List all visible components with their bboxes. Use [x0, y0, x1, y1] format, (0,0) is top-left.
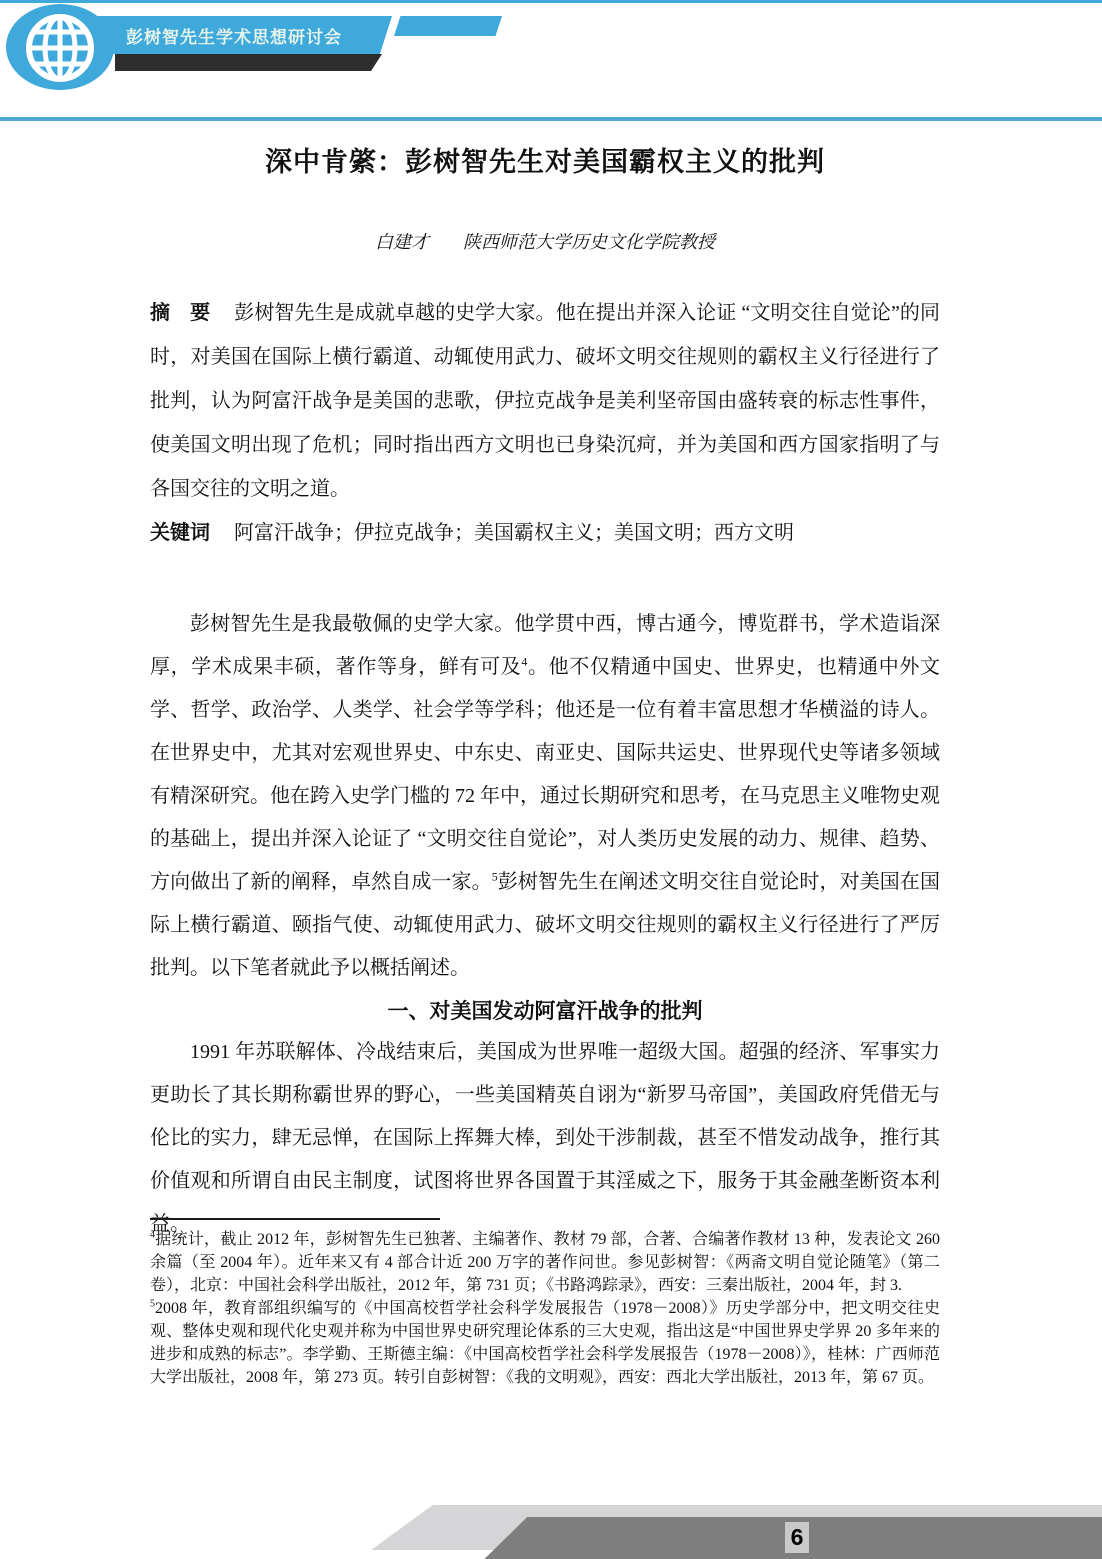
- keywords-text: 阿富汗战争；伊拉克战争；美国霸权主义；美国文明；西方文明: [234, 522, 794, 544]
- footnote-5: 52008 年，教育部组织编写的《中国高校哲学社会科学发展报告（1978－200…: [150, 1297, 940, 1389]
- abstract-label: 摘 要: [150, 302, 210, 324]
- byline: 白建才陕西师范大学历史文化学院教授: [150, 228, 940, 256]
- abstract-text: 彭树智先生是成就卓越的史学大家。他在提出并深入论证 “文明交往自觉论”的同时，对…: [150, 302, 940, 500]
- page-number: 6: [785, 1522, 809, 1553]
- conference-banner-title: 彭树智先生学术思想研讨会: [126, 23, 342, 48]
- header-banner: 彭树智先生学术思想研讨会: [98, 16, 392, 54]
- body-paragraph-1: 彭树智先生是我最敬佩的史学大家。他学贯中西，博古通今，博览群书，学术造诣深厚，学…: [150, 603, 940, 990]
- footnote-4: 4据统计，截止 2012 年，彭树智先生已独著、主编著作、教材 79 部，合著、…: [150, 1228, 940, 1297]
- section-heading-1: 一、对美国发动阿富汗战争的批判: [150, 990, 940, 1033]
- author-affiliation: 陕西师范大学历史文化学院教授: [463, 232, 715, 252]
- page-title: 深中肯綮：彭树智先生对美国霸权主义的批判: [150, 140, 940, 184]
- header-top-strip: [0, 0, 1102, 3]
- abstract-paragraph: 摘 要彭树智先生是成就卓越的史学大家。他在提出并深入论证 “文明交往自觉论”的同…: [150, 291, 940, 511]
- header-dark-band: [115, 54, 382, 71]
- keywords-line: 关键词阿富汗战争；伊拉克战争；美国霸权主义；美国文明；西方文明: [150, 511, 940, 555]
- keywords-label: 关键词: [150, 522, 210, 544]
- header-banner-step-shape: [394, 16, 502, 36]
- author-name: 白建才: [375, 232, 429, 252]
- body-paragraph-2: 1991 年苏联解体、冷战结束后，美国成为世界唯一超级大国。超强的经济、军事实力…: [150, 1031, 940, 1246]
- footnote-divider: [150, 1218, 440, 1220]
- document-page: 彭树智先生学术思想研讨会 深中肯綮：彭树智先生对美国霸权主义的批判 白建才陕西师…: [0, 0, 1102, 1559]
- footnotes-block: 4据统计，截止 2012 年，彭树智先生已独著、主编著作、教材 79 部，合著、…: [150, 1228, 940, 1389]
- header-divider-rule: [0, 117, 1102, 121]
